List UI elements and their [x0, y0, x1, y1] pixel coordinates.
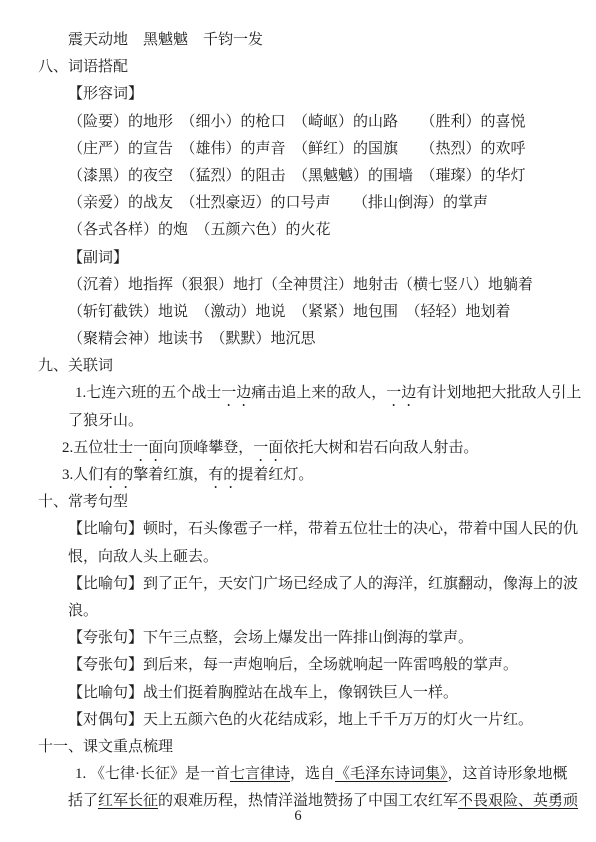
section-11-heading: 十一、课文重点梳理	[0, 734, 596, 761]
text-segment: 擎着红旗，	[133, 467, 208, 483]
heading-text: 十一、课文重点梳理	[38, 739, 173, 755]
conjunction-item-2: 2.五位壮士一面向顶峰攀登，一面依托大树和岩石向敌人射击。	[0, 435, 596, 462]
adjective-pairs-line: （庄严）的宣告 （雄伟）的声音 （鲜红）的国旗 （热烈）的欢呼	[0, 136, 596, 163]
adverb-pairs-line: （沉着）地指挥（狠狠）地打（全神贯注）地射击（横七竖八）地躺着	[0, 272, 596, 299]
emphasized-word: 有的	[103, 467, 133, 483]
text-segment: （斩钉截铁）地说 （激动）地说 （紧紧）地包围 （轻轻）地划着	[68, 304, 511, 320]
text-segment: 提着红灯。	[238, 467, 313, 483]
conjunction-item-1-wrap: 了狼牙山。	[0, 408, 596, 435]
text-segment: （亲爱）的战友 （壮烈豪迈）的口号声 （排山倒海）的掌声	[68, 195, 488, 211]
sentence-type-line: 【比喻句】顿时，石头像雹子一样，带着五位壮士的决心，带着中国人民的仇	[0, 516, 596, 543]
adjective-label-line: 【形容词】	[0, 81, 596, 108]
text-segment: （聚精会神）地读书 （默默）地沉思	[68, 331, 316, 347]
adjective-pairs-line: （险要）的地形 （细小）的枪口 （崎岖）的山路 （胜利）的喜悦	[0, 109, 596, 136]
sentence-type-line: 【对偶句】天上五颜六色的火花结成彩，地上千千万万的灯火一片红。	[0, 707, 596, 734]
section-9-heading: 九、关联词	[0, 353, 596, 380]
text-segment: 顿时，石头像雹子一样，带着五位壮士的决心，带着中国人民的仇	[143, 521, 578, 537]
text-segment: 有计划地把大批敌人引上	[416, 385, 581, 401]
text-segment: 了狼牙山。	[68, 413, 143, 429]
bracket-label: 【比喻句】	[68, 576, 143, 592]
text-segment: （庄严）的宣告 （雄伟）的声音 （鲜红）的国旗 （热烈）的欢呼	[68, 141, 526, 157]
adverb-pairs-line: （聚精会神）地读书 （默默）地沉思	[0, 326, 596, 353]
adverb-pairs-line: （斩钉截铁）地说 （激动）地说 （紧紧）地包围 （轻轻）地划着	[0, 299, 596, 326]
text-segment: 战士们挺着胸膛站在战车上，像钢铁巨人一样。	[143, 685, 458, 701]
text-segment: 到后来，每一声炮响后，全场就响起一阵雷鸣般的掌声。	[143, 657, 518, 673]
page-number: 6	[0, 806, 596, 826]
underlined-phrase: 《毛泽东诗词集》	[335, 766, 448, 782]
idiom-list-line: 震天动地 黑魆魆 千钧一发	[0, 27, 596, 54]
text-segment: 1. 《七律·长征》是一首	[75, 766, 230, 782]
emphasized-word: 有的	[208, 467, 238, 483]
conjunction-item-3: 3.人们有的擎着红旗，有的提着红灯。	[0, 462, 596, 489]
emphasized-word: 一面	[133, 440, 163, 456]
text-segment: （各式各样）的炮 （五颜六色）的火花	[68, 222, 331, 238]
bracket-label: 【形容词】	[68, 86, 143, 102]
adjective-pairs-line: （漆黑）的夜空 （猛烈）的阻击 （黑魆魆）的围墙 （璀璨）的华灯	[0, 163, 596, 190]
conjunction-item-1: 1.七连六班的五个战士一边痛击追上来的敌人，一边有计划地把大批敌人引上	[0, 380, 596, 407]
document-page: 震天动地 黑魆魆 千钧一发 八、词语搭配 【形容词】 （险要）的地形 （细小）的…	[0, 0, 596, 842]
adjective-pairs-line: （亲爱）的战友 （壮烈豪迈）的口号声 （排山倒海）的掌声	[0, 190, 596, 217]
bracket-label: 【副词】	[68, 250, 128, 266]
heading-text: 八、词语搭配	[38, 59, 128, 75]
text-segment: 1.七连六班的五个战士	[75, 385, 221, 401]
text-segment: 2.五位壮士	[62, 440, 133, 456]
heading-text: 九、关联词	[38, 358, 113, 374]
text-summary-item-1: 1. 《七律·长征》是一首七言律诗，选自《毛泽东诗词集》，这首诗形象地概	[0, 761, 596, 788]
adjective-pairs-line: （各式各样）的炮 （五颜六色）的火花	[0, 217, 596, 244]
section-10-heading: 十、常考句型	[0, 489, 596, 516]
text-segment: 依托大树和岩石向敌人射击。	[283, 440, 478, 456]
sentence-type-wrap-line: 恨，向敌人头上砸去。	[0, 544, 596, 571]
bracket-label: 【夸张句】	[68, 657, 143, 673]
sentence-type-line: 【比喻句】到了正午，天安门广场已经成了人的海洋，红旗翻动，像海上的波	[0, 571, 596, 598]
text-segment: ，这首诗形象地概	[448, 766, 568, 782]
text-segment: 恨，向敌人头上砸去。	[68, 549, 218, 565]
text-segment: 浪。	[68, 603, 98, 619]
text-segment: （沉着）地指挥（狠狠）地打（全神贯注）地射击（横七竖八）地躺着	[68, 277, 533, 293]
bracket-label: 【比喻句】	[68, 521, 143, 537]
text-segment: 到了正午，天安门广场已经成了人的海洋，红旗翻动，像海上的波	[143, 576, 578, 592]
text-segment: ，选自	[290, 766, 335, 782]
section-8-heading: 八、词语搭配	[0, 54, 596, 81]
text-segment: 3.人们	[62, 467, 103, 483]
bracket-label: 【夸张句】	[68, 630, 143, 646]
bracket-label: 【对偶句】	[68, 712, 143, 728]
emphasized-word: 一面	[253, 440, 283, 456]
sentence-type-wrap-line: 浪。	[0, 598, 596, 625]
sentence-type-line: 【夸张句】下午三点整，会场上爆发出一阵排山倒海的掌声。	[0, 625, 596, 652]
emphasized-word: 一边	[386, 385, 416, 401]
underlined-phrase: 七言律诗	[230, 766, 290, 782]
bracket-label: 【比喻句】	[68, 685, 143, 701]
text-segment: 下午三点整，会场上爆发出一阵排山倒海的掌声。	[143, 630, 473, 646]
text-segment: 痛击追上来的敌人，	[251, 385, 386, 401]
text-segment: 天上五颜六色的火花结成彩，地上千千万万的灯火一片红。	[143, 712, 533, 728]
text-segment: 震天动地 黑魆魆 千钧一发	[68, 32, 263, 48]
sentence-type-line: 【夸张句】到后来，每一声炮响后，全场就响起一阵雷鸣般的掌声。	[0, 652, 596, 679]
document-content: 震天动地 黑魆魆 千钧一发 八、词语搭配 【形容词】 （险要）的地形 （细小）的…	[0, 0, 596, 815]
heading-text: 十、常考句型	[38, 494, 128, 510]
text-segment: （险要）的地形 （细小）的枪口 （崎岖）的山路 （胜利）的喜悦	[68, 114, 526, 130]
sentence-type-line: 【比喻句】战士们挺着胸膛站在战车上，像钢铁巨人一样。	[0, 680, 596, 707]
emphasized-word: 一边	[221, 385, 251, 401]
text-segment: 向顶峰攀登，	[163, 440, 253, 456]
text-segment: （漆黑）的夜空 （猛烈）的阻击 （黑魆魆）的围墙 （璀璨）的华灯	[68, 168, 526, 184]
adverb-label-line: 【副词】	[0, 245, 596, 272]
